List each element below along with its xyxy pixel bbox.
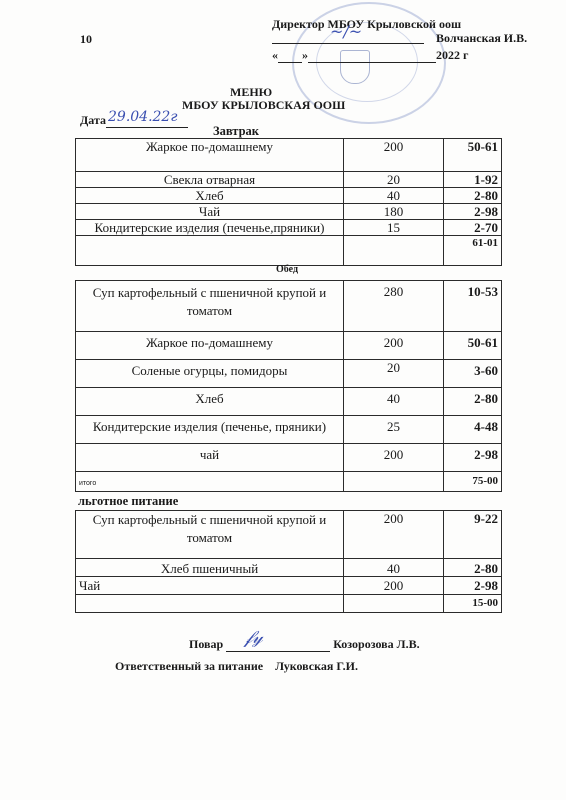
dish-price: 2-98 — [444, 204, 502, 220]
dish-qty: 200 — [344, 444, 444, 472]
total-qty — [344, 236, 444, 266]
dish-qty: 280 — [344, 281, 444, 332]
date-label: Дата — [80, 113, 106, 127]
table-row: Кондитерские изделия (печенье,пряники) 1… — [76, 220, 502, 236]
dish-qty: 20 — [344, 360, 444, 388]
dish-name: Кондитерские изделия (печенье,пряники) — [76, 220, 344, 236]
dish-qty: 200 — [344, 332, 444, 360]
dish-price: 2-70 — [444, 220, 502, 236]
dish-price: 3-60 — [444, 360, 502, 388]
breakfast-table: Жаркое по-домашнему 200 50-61 Свекла отв… — [75, 138, 502, 266]
dish-name: Суп картофельный с пшеничной крупой и то… — [76, 511, 344, 559]
table-row: Кондитерские изделия (печенье, пряники) … — [76, 416, 502, 444]
school-name: МБОУ КРЫЛОВСКАЯ ООШ — [182, 98, 345, 113]
cook-row: Повар 𝒻𝓎 Козорозова Л.В. — [189, 637, 420, 652]
responsible-label: Ответственный за питание — [115, 659, 263, 673]
table-row: Чай 180 2-98 — [76, 204, 502, 220]
subsidized-heading: льготное питание — [78, 494, 178, 509]
table-row: Хлеб 40 2-80 — [76, 388, 502, 416]
total-price: 15-00 — [444, 595, 502, 613]
dish-name: Суп картофельный с пшеничной крупой и то… — [76, 281, 344, 332]
breakfast-heading: Завтрак — [213, 124, 259, 139]
table-row: Суп картофельный с пшеничной крупой и то… — [76, 511, 502, 559]
table-row: Чай 200 2-98 — [76, 577, 502, 595]
total-qty — [344, 595, 444, 613]
date-handwritten: 29.04.22г — [108, 109, 177, 125]
date-line: 29.04.22г — [106, 115, 188, 128]
dish-price: 2-80 — [444, 559, 502, 577]
dish-qty: 40 — [344, 188, 444, 204]
day-blank — [278, 50, 302, 63]
dish-name: Соленые огурцы, помидоры — [76, 360, 344, 388]
dish-price: 50-61 — [444, 332, 502, 360]
table-row: чай 200 2-98 — [76, 444, 502, 472]
month-blank — [308, 50, 436, 63]
dish-name: Хлеб — [76, 188, 344, 204]
dish-name: Хлеб пшеничный — [76, 559, 344, 577]
cook-signature: 𝒻𝓎 — [244, 627, 263, 648]
dish-price: 2-98 — [444, 577, 502, 595]
total-price: 75-00 — [444, 472, 502, 492]
dish-name: Жаркое по-домашнему — [76, 332, 344, 360]
table-row: Суп картофельный с пшеничной крупой и то… — [76, 281, 502, 332]
dish-qty: 200 — [344, 577, 444, 595]
total-label — [76, 236, 344, 266]
dish-qty: 200 — [344, 139, 444, 172]
total-qty — [344, 472, 444, 492]
dish-name: Кондитерские изделия (печенье, пряники) — [76, 416, 344, 444]
dish-qty: 40 — [344, 559, 444, 577]
year: 2022 г — [436, 48, 468, 62]
subsidized-table: Суп картофельный с пшеничной крупой и то… — [75, 510, 502, 613]
date-row: Дата29.04.22г — [80, 113, 188, 128]
dish-price: 1-92 — [444, 172, 502, 188]
lunch-table: Суп картофельный с пшеничной крупой и то… — [75, 280, 502, 492]
dish-price: 2-98 — [444, 444, 502, 472]
director-name: Волчанская И.В. — [436, 31, 527, 46]
dish-price: 4-48 — [444, 416, 502, 444]
page-number: 10 — [80, 32, 92, 47]
dish-qty: 200 — [344, 511, 444, 559]
table-row: Жаркое по-домашнему 200 50-61 — [76, 332, 502, 360]
dish-price: 50-61 — [444, 139, 502, 172]
total-label — [76, 595, 344, 613]
table-row: Жаркое по-домашнему 200 50-61 — [76, 139, 502, 172]
cook-label: Повар — [189, 637, 223, 651]
responsible-name: Луковская Г.И. — [275, 659, 358, 673]
table-row: Свекла отварная 20 1-92 — [76, 172, 502, 188]
dish-price: 2-80 — [444, 188, 502, 204]
total-price: 61-01 — [444, 236, 502, 266]
dish-name: Свекла отварная — [76, 172, 344, 188]
total-row: 15-00 — [76, 595, 502, 613]
dish-price: 2-80 — [444, 388, 502, 416]
dish-price: 9-22 — [444, 511, 502, 559]
cook-name: Козорозова Л.В. — [333, 637, 419, 651]
dish-name: Жаркое по-домашнему — [76, 139, 344, 172]
table-row: Соленые огурцы, помидоры 20 3-60 — [76, 360, 502, 388]
table-row: Хлеб пшеничный 40 2-80 — [76, 559, 502, 577]
total-row: 61-01 — [76, 236, 502, 266]
dish-qty: 15 — [344, 220, 444, 236]
dish-name: чай — [76, 444, 344, 472]
dish-name: Чай — [76, 577, 344, 595]
dish-qty: 25 — [344, 416, 444, 444]
dish-name: Хлеб — [76, 388, 344, 416]
table-row: Хлеб 40 2-80 — [76, 188, 502, 204]
dish-qty: 180 — [344, 204, 444, 220]
dish-qty: 40 — [344, 388, 444, 416]
director-signature: ~∕~ — [330, 22, 362, 41]
total-row: итого 75-00 — [76, 472, 502, 492]
dish-qty: 20 — [344, 172, 444, 188]
dish-name: Чай — [76, 204, 344, 220]
dish-price: 10-53 — [444, 281, 502, 332]
total-label: итого — [76, 472, 344, 492]
date-approval: «»2022 г — [272, 48, 468, 63]
lunch-heading: Обед — [276, 264, 298, 275]
responsible-row: Ответственный за питание Луковская Г.И. — [115, 659, 358, 674]
cook-signature-line: 𝒻𝓎 — [226, 639, 330, 652]
